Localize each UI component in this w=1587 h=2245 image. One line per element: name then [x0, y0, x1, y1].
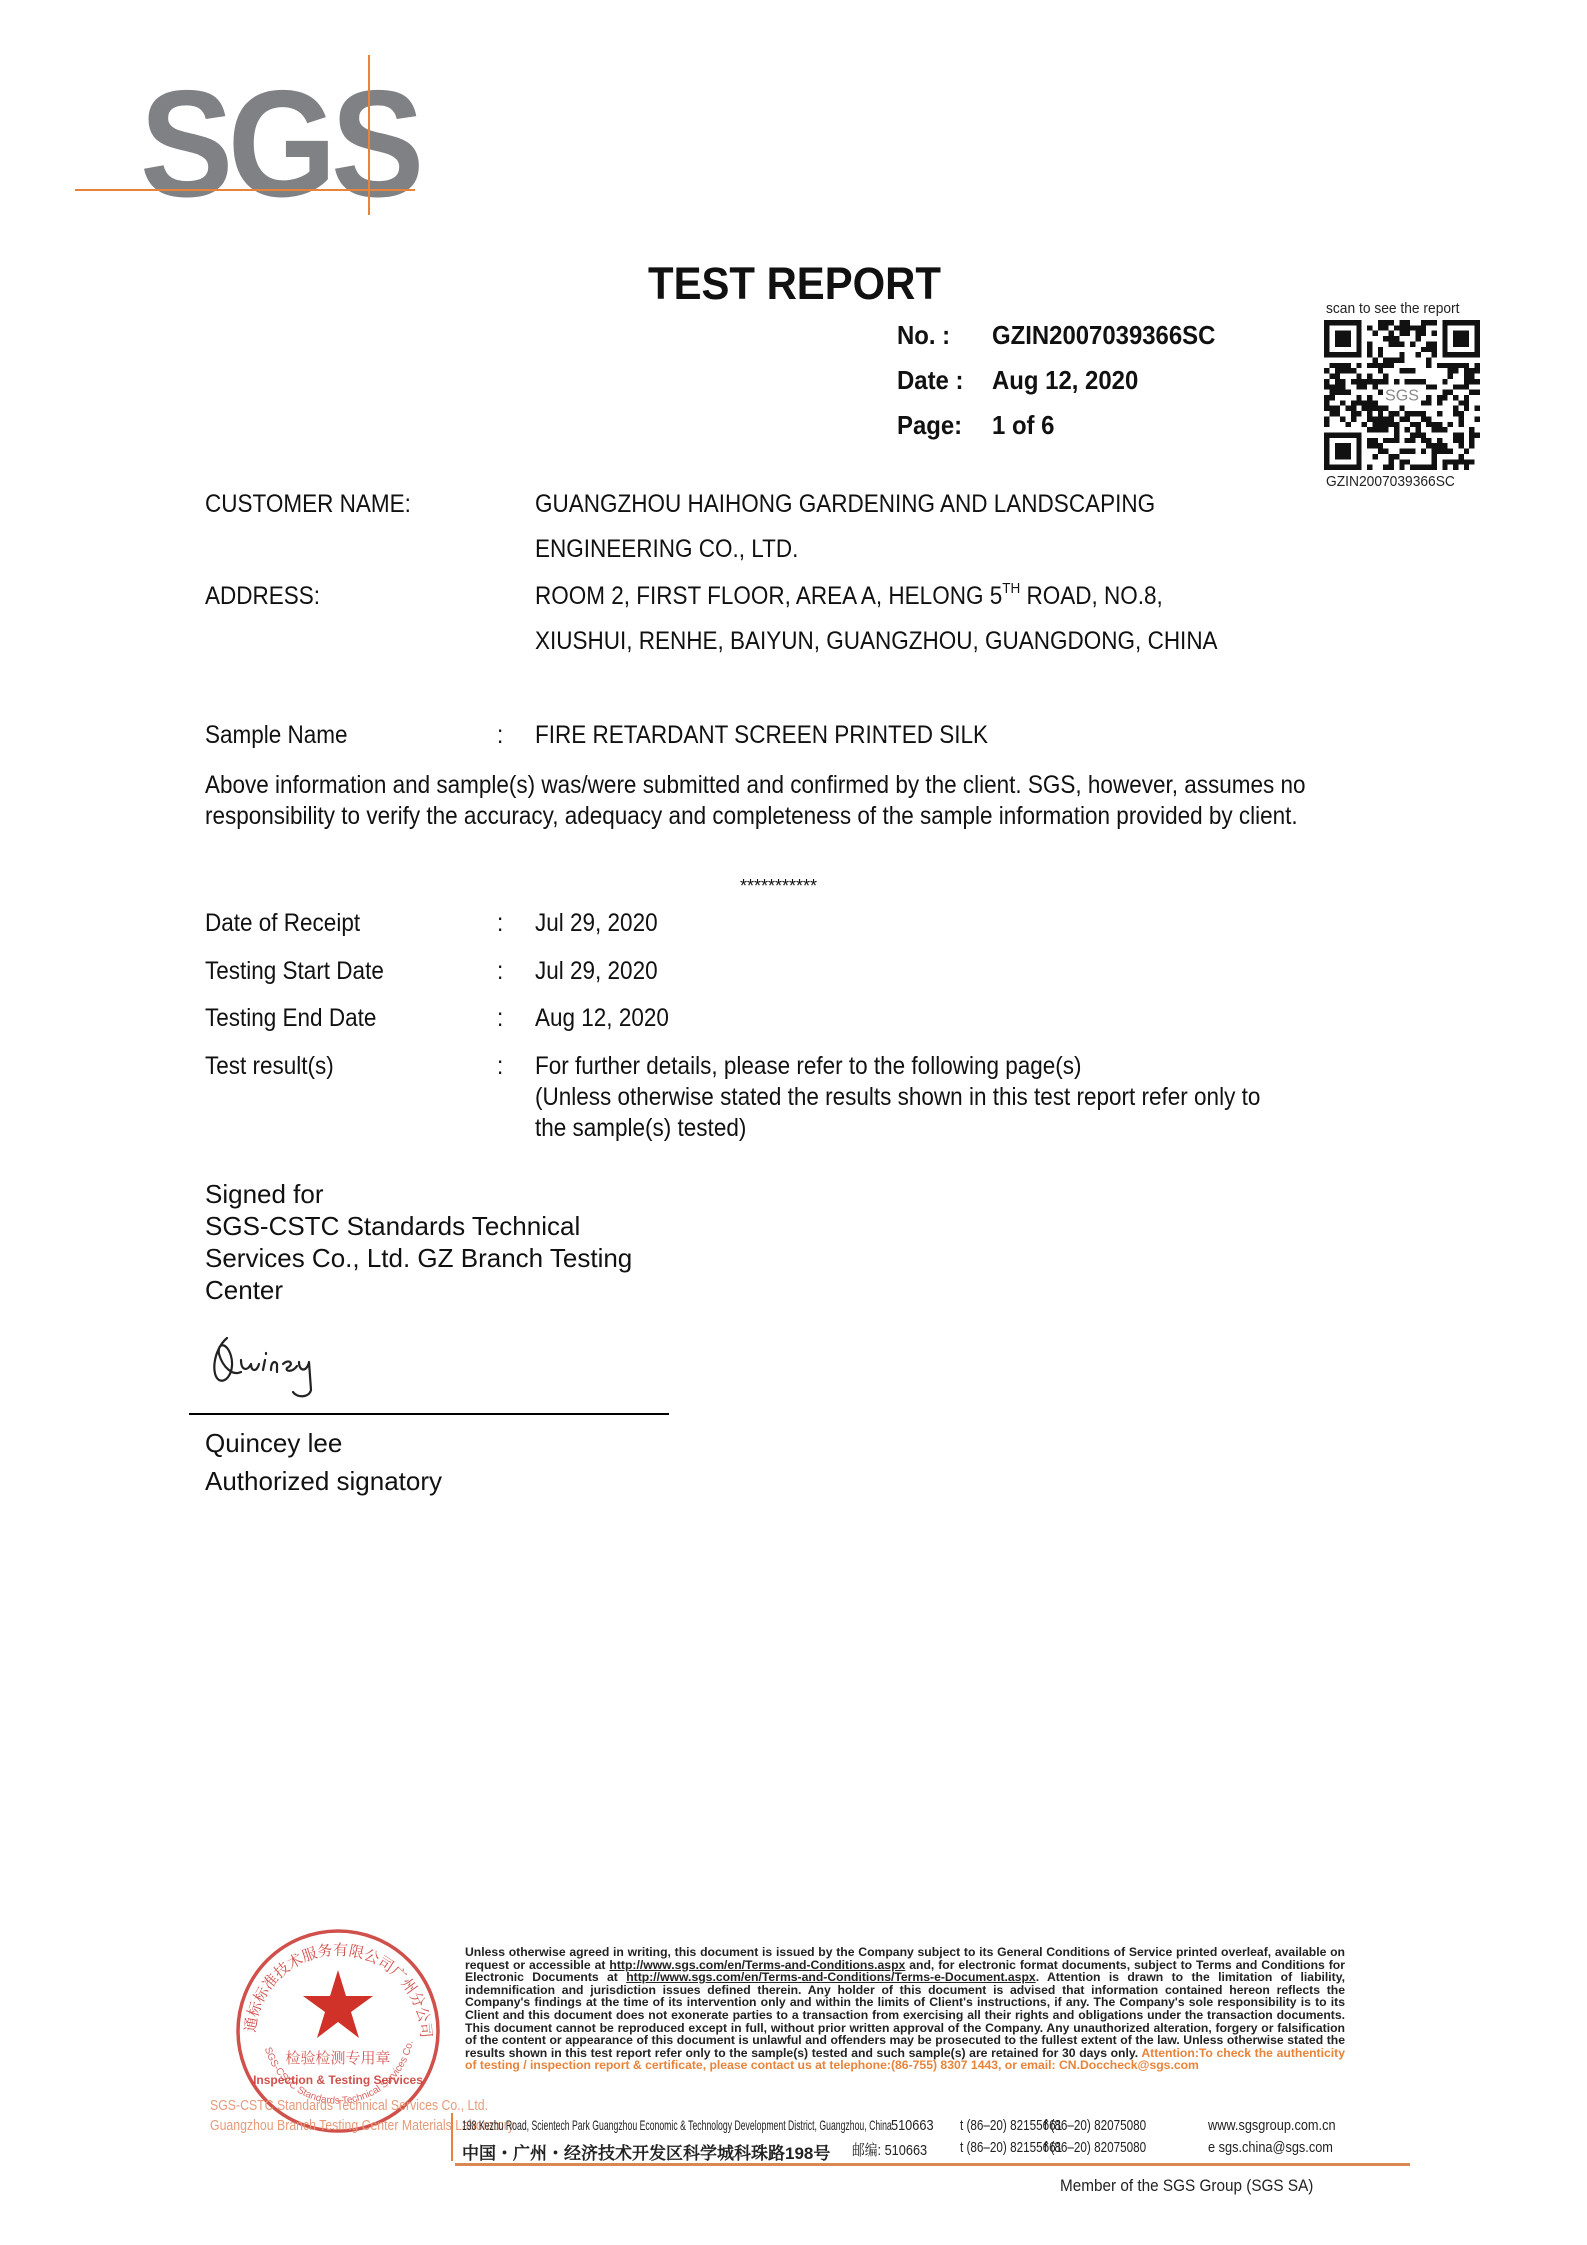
stamp-caption-line1: SGS-CSTC Standards Technical Services Co… [210, 2097, 488, 2114]
test-result-line3: the sample(s) tested) [535, 1114, 746, 1143]
test-result-line2: (Unless otherwise stated the results sho… [535, 1083, 1260, 1112]
postcode-english: 510663 [891, 2117, 934, 2134]
sgs-logo: SGS [60, 50, 430, 225]
page-title: TEST REPORT [648, 258, 941, 310]
date-row-colon: : [497, 957, 503, 986]
date-row-label: Date of Receipt [205, 909, 360, 938]
signed-org-line2: Services Co., Ltd. GZ Branch Testing [205, 1242, 725, 1274]
test-result-colon: : [497, 1052, 503, 1081]
signed-org-line1: SGS-CSTC Standards Technical [205, 1210, 725, 1242]
qr-code-text: GZIN2007039366SC [1326, 473, 1455, 490]
customer-name-line2: ENGINEERING CO., LTD. [535, 535, 798, 564]
address-english: 198 Kezhu Road, Scientech Park Guangzhou… [462, 2117, 892, 2133]
address-line2: XIUSHUI, RENHE, BAIYUN, GUANGZHOU, GUANG… [535, 627, 1218, 656]
postcode-chinese: 邮编: 510663 [852, 2139, 927, 2160]
report-date-value: Aug 12, 2020 [992, 365, 1138, 396]
sample-name-value: FIRE RETARDANT SCREEN PRINTED SILK [535, 721, 988, 750]
legal-disclaimer: Unless otherwise agreed in writing, this… [465, 1946, 1345, 2072]
logo-horizontal-rule [75, 189, 415, 191]
page-label: Page: [897, 410, 962, 441]
sample-notice: Above information and sample(s) was/were… [205, 770, 1402, 832]
logo-vertical-rule [368, 55, 370, 215]
report-no-value: GZIN2007039366SC [992, 320, 1215, 351]
signatory-name: Quincey lee [205, 1428, 342, 1459]
footer-vertical-rule [451, 2113, 453, 2161]
report-date-label: Date : [897, 365, 963, 396]
report-no-label: No. : [897, 320, 950, 351]
signed-for-label: Signed for [205, 1178, 725, 1210]
fax-2: f (86–20) 82075080 [1044, 2139, 1146, 2156]
svg-text:检验检测专用章: 检验检测专用章 [285, 2049, 390, 2067]
page-value: 1 of 6 [992, 410, 1054, 441]
address-label: ADDRESS: [205, 582, 320, 611]
customer-name-line1: GUANGZHOU HAIHONG GARDENING AND LANDSCAP… [535, 490, 1155, 519]
website-link[interactable]: www.sgsgroup.com.cn [1208, 2117, 1336, 2134]
handwritten-signature [205, 1320, 345, 1400]
address-chinese: 中国・广州・经济技术开发区科学城科珠路198号 [462, 2139, 830, 2164]
qr-code-icon[interactable]: SGS [1324, 320, 1480, 470]
date-row-colon: : [497, 1004, 503, 1033]
footer-rule [455, 2163, 1410, 2166]
date-row-label: Testing End Date [205, 1004, 376, 1033]
date-row-label: Testing Start Date [205, 957, 384, 986]
customer-name-label: CUSTOMER NAME: [205, 490, 411, 519]
member-statement: Member of the SGS Group (SGS SA) [1060, 2176, 1313, 2196]
date-row-value: Jul 29, 2020 [535, 909, 658, 938]
qr-caption: scan to see the report [1326, 300, 1459, 317]
date-row-value: Jul 29, 2020 [535, 957, 658, 986]
fax-1: f (86–20) 82075080 [1044, 2117, 1146, 2134]
section-separator: *********** [740, 876, 817, 897]
email-link[interactable]: e sgs.china@sgs.com [1208, 2139, 1333, 2156]
signatory-role: Authorized signatory [205, 1466, 442, 1497]
signature-line [189, 1413, 669, 1415]
test-result-label: Test result(s) [205, 1052, 334, 1081]
signed-org-line3: Center [205, 1274, 725, 1306]
sample-name-colon: : [497, 721, 503, 750]
sample-name-label: Sample Name [205, 721, 348, 750]
sgs-logo-text: SGS [140, 68, 419, 220]
signed-for-block: Signed for SGS-CSTC Standards Technical … [205, 1178, 725, 1306]
date-row-value: Aug 12, 2020 [535, 1004, 669, 1033]
test-result-line1: For further details, please refer to the… [535, 1052, 1082, 1081]
address-line1: ROOM 2, FIRST FLOOR, AREA A, HELONG 5TH … [535, 582, 1163, 611]
date-row-colon: : [497, 909, 503, 938]
svg-text:SGS: SGS [1385, 386, 1419, 404]
